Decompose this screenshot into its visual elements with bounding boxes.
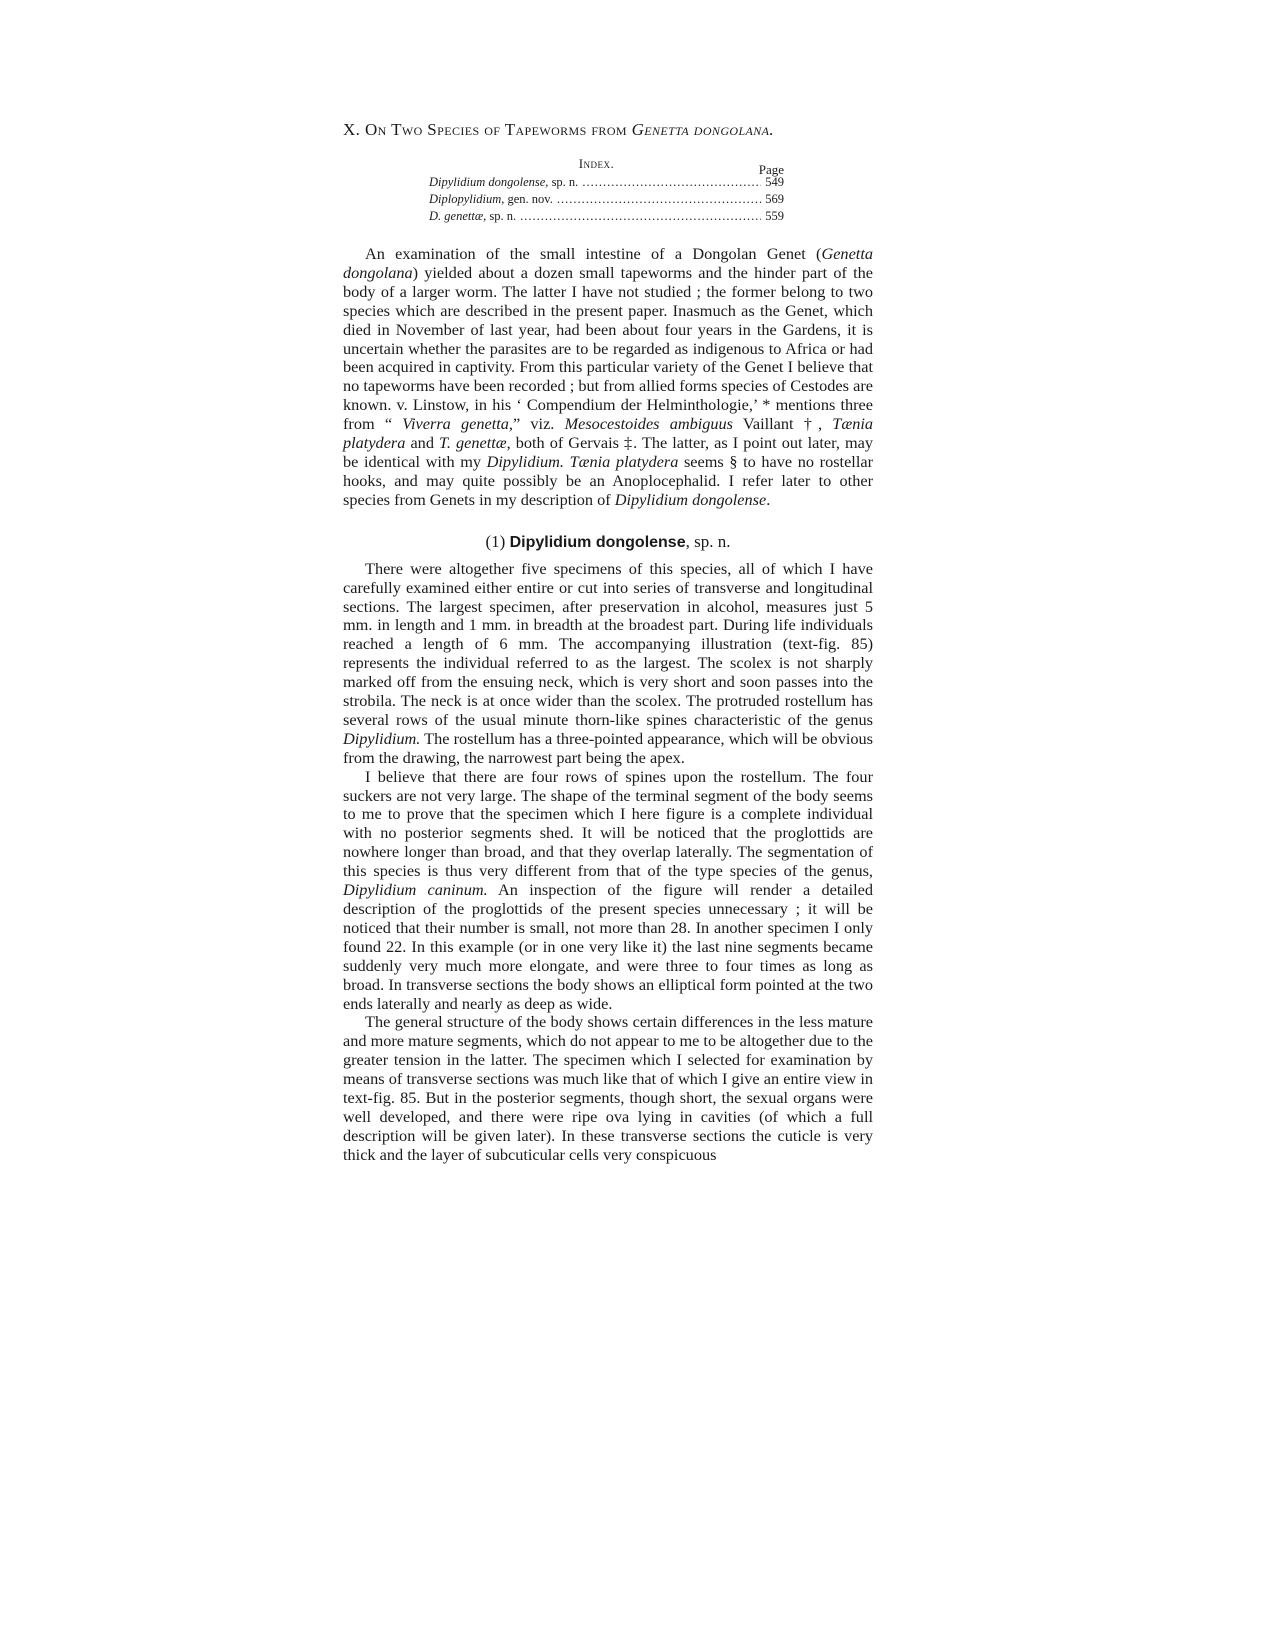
index-table: Index. Page Dipylidium dongolense, sp. n… xyxy=(429,156,784,225)
section-suffix: , sp. n. xyxy=(686,532,731,551)
index-leader-dots xyxy=(557,191,761,208)
index-entry: Dipylidium dongolense, sp. n. 549 xyxy=(429,174,784,191)
index-entry-page: 569 xyxy=(765,191,784,208)
index-page-header: Page xyxy=(759,162,784,178)
intro-paragraph: An examination of the small intestine of… xyxy=(343,245,873,510)
index-entry-qualifier: sp. n. xyxy=(548,175,578,189)
index-entry-name: Dipylidium dongolense, xyxy=(429,175,548,189)
index-leader-dots xyxy=(520,208,761,225)
index-entry-qualifier: sp. n. xyxy=(486,209,516,223)
index-heading: Index. xyxy=(409,156,784,172)
index-leader-dots xyxy=(582,174,761,191)
title-italic-text: Genetta dongolana. xyxy=(632,120,774,139)
article-title: X. On Two Species of Tapeworms from Gene… xyxy=(343,120,873,140)
title-numeral: X. xyxy=(343,120,360,139)
section-species-name: Dipylidium dongolense xyxy=(510,534,686,551)
body-paragraph-1: There were altogether five specimens of … xyxy=(343,560,873,768)
index-entry: Diplopylidium, gen. nov. 569 xyxy=(429,191,784,208)
document-page: X. On Two Species of Tapeworms from Gene… xyxy=(343,120,873,1165)
index-entry-name: Diplopylidium, xyxy=(429,192,504,206)
title-text: On Two Species of Tapeworms from xyxy=(365,120,627,139)
index-entry-page: 559 xyxy=(765,208,784,225)
index-entry: D. genettæ, sp. n. 559 xyxy=(429,208,784,225)
section-heading: (1) Dipylidium dongolense, sp. n. xyxy=(343,532,873,552)
body-paragraph-3: The general structure of the body shows … xyxy=(343,1013,873,1164)
index-entry-name: D. genettæ, xyxy=(429,209,486,223)
body-paragraph-2: I believe that there are four rows of sp… xyxy=(343,768,873,1014)
index-entry-qualifier: gen. nov. xyxy=(504,192,553,206)
section-number: (1) xyxy=(486,532,506,551)
